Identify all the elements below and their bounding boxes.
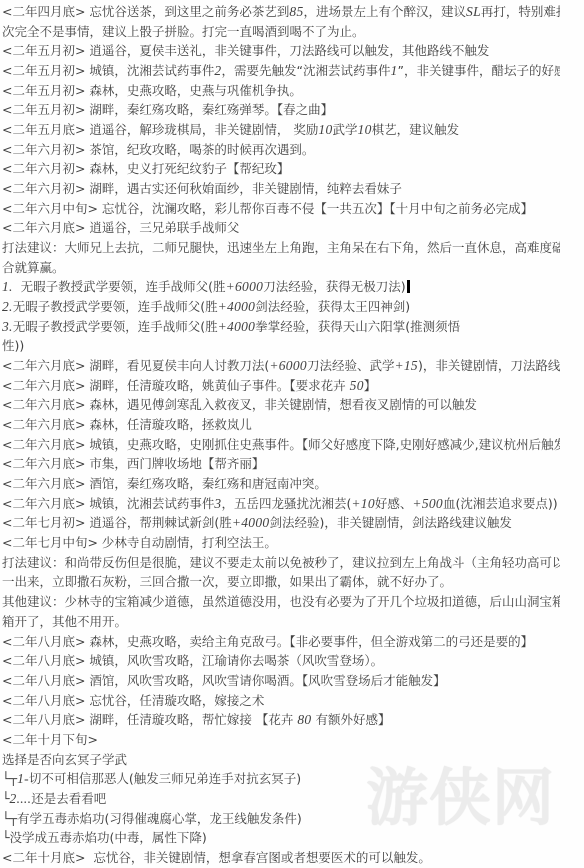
text-line: <二年六月中旬> 忘忧谷，沈澜攻略，彩儿帮你百毒不侵【一共五次】【十月中旬之前务… xyxy=(2,199,560,219)
text-line: 1. 无暇子教授武学要领，连手战师父(胜+6000刀法经验，获得无极刀法) xyxy=(2,277,560,297)
text-line: <二年六月底> 城镇，史燕攻略，史刚抓住史燕事件。【师父好感度下降,史刚好感减少… xyxy=(2,435,560,455)
text-line: 性)) xyxy=(2,336,560,356)
text-line: <二年六月底> 森林，遇见傅剑寒乱入救夜叉，非关键剧情，想看夜叉剧情的可以触发 xyxy=(2,395,560,415)
text-line: <二年六月初> 茶馆，纪玫攻略，喝茶的时候再次遇到。 xyxy=(2,140,560,160)
text-line: 其他建议：少林寺的宝箱减少道德，虽然道德没用，也没有必要为了开几个垃圾扣道德，后… xyxy=(2,592,560,612)
text-line: └┬有学五毒赤焰功(习得催魂腐心掌，龙王线触发条件) xyxy=(2,809,560,829)
text-line: <二年七月中旬> 少林寺自动剧情，打利空法王。 xyxy=(2,533,560,553)
latin-text: 1- xyxy=(17,771,29,786)
latin-text: +6000 xyxy=(269,358,307,373)
document-page: 游侠网 <二年四月底> 忘忧谷送茶，到这里之前务必茶艺到85，进场景左上有个醉汉… xyxy=(0,0,584,868)
text-line: 次完全不是事情，建议上骰子拼脸。打完一直喝酒到喝不了为止。 xyxy=(2,22,560,42)
text-line: 3.无暇子教授武学要领，连手战师父(胜+4000拳掌经验，获得天山六阳掌(推测须… xyxy=(2,317,560,337)
text-line: <二年八月底> 城镇，风吹雪攻略，江瑜请你去喝茶（风吹雪登场）。 xyxy=(2,651,560,671)
latin-text: 2.... xyxy=(10,791,32,806)
latin-text: 1 xyxy=(390,63,397,78)
text-line: 打法建议：大师兄上去抗，二师兄腿快，迅速坐左上角跑，主角呆在右下角，然后一直休息… xyxy=(2,238,560,258)
latin-text: +4000 xyxy=(218,299,256,314)
text-line: <二年五月初> 逍遥谷，夏侯丰送礼，非关键事件，刀法路线可以触发，其他路线不触发 xyxy=(2,41,560,61)
text-line: └2....还是去看看吧 xyxy=(2,789,560,809)
text-line: <二年八月底> 森林，史燕攻略，卖给主角克敌弓。【非必要事件，但全游戏第二的弓还… xyxy=(2,632,560,652)
text-line: 一出来，立即撒石灰粉，三回合撒一次，要立即撒，如果出了霸体，就不好办了。 xyxy=(2,572,560,592)
latin-text: 10 xyxy=(318,122,332,137)
text-line: <二年六月底> 逍遥谷，三兄弟联手战师父 xyxy=(2,218,560,238)
latin-text: SL xyxy=(466,4,481,19)
text-line: <二年四月底> 忘忧谷送茶，到这里之前务必茶艺到85，进场景左上有个醉汉，建议S… xyxy=(2,2,560,22)
text-line: <二年六月底> 森林，任清璇攻略，拯救岚儿 xyxy=(2,415,560,435)
latin-text: 2. xyxy=(2,299,13,314)
text-line: <二年五月初> 湖畔，秦红殇攻略，秦红殇弹琴。【春之曲】 xyxy=(2,100,560,120)
latin-text: 2 xyxy=(214,63,221,78)
latin-text: 3. xyxy=(2,319,13,334)
text-line: └┬1-切不可相信那恶人(触发三师兄弟连手对抗玄冥子) xyxy=(2,769,560,789)
text-line: <二年七月初> 逍遥谷，帮荆棘试新剑(胜+4000剑法经验)，非关键剧情，剑法路… xyxy=(2,513,560,533)
latin-text: 85 xyxy=(289,4,303,19)
text-line: <二年八月底> 酒馆，风吹雪攻略，风吹雪请你喝酒。【风吹雪登场后才能触发】 xyxy=(2,671,560,691)
text-line: 选择是否向玄冥子学武 xyxy=(2,750,560,770)
latin-text: 50 xyxy=(350,378,364,393)
latin-text: +4000 xyxy=(232,515,270,530)
latin-text: 3 xyxy=(214,496,221,511)
text-line: <二年六月底> 市集，西门牌收场地【帮齐丽】 xyxy=(2,454,560,474)
text-line: <二年八月底> 湖畔，任清璇攻略，帮忙嫁接 【花卉 80 有额外好感】 xyxy=(2,710,560,730)
text-line: <二年六月底> 城镇，沈湘芸试药事件3，五岳四龙骚扰沈湘芸(+10好感、+500… xyxy=(2,494,560,514)
text-line: └没学成五毒赤焰功(中毒，属性下降) xyxy=(2,828,560,848)
text-line: 箱开了，其他不用开。 xyxy=(2,612,560,632)
text-line: 打法建议：和尚带反伤但是很脆，建议不要走太前以免被秒了，建议拉到左上角战斗（主角… xyxy=(2,553,560,573)
text-line: <二年十月下旬> xyxy=(2,730,560,750)
text-cursor xyxy=(407,280,410,293)
latin-text: +10 xyxy=(351,496,375,511)
text-line: 2.无暇子教授武学要领，连手战师父(胜+4000剑法经验，获得太王四神剑) xyxy=(2,297,560,317)
text-line: <二年六月底> 湖畔，看见夏侯丰向人讨教刀法(+6000刀法经验、武学+15)，… xyxy=(2,356,560,376)
text-line: <二年六月初> 森林，史义打死纪纹豹子【帮纪玫】 xyxy=(2,159,560,179)
text-line: <二年六月底> 湖畔，任清璇攻略，姚黄仙子事件。【要求花卉 50】 xyxy=(2,376,560,396)
latin-text: 10 xyxy=(358,122,372,137)
latin-text: +500 xyxy=(412,496,443,511)
text-line: <二年六月底> 酒馆，秦红殇攻略，秦红殇和唐冠南冲突。 xyxy=(2,474,560,494)
text-line: <二年五月底> 逍遥谷，解珍珑棋局，非关键剧情， 奖励10武学10棋艺，建议触发 xyxy=(2,120,560,140)
latin-text: +6000 xyxy=(226,279,264,294)
text-line: <二年六月初> 湖畔，遇古实还何秋姢面纱，非关键剧情，纯粹去看妹子 xyxy=(2,179,560,199)
latin-text: +4000 xyxy=(218,319,256,334)
document-body: <二年四月底> 忘忧谷送茶，到这里之前务必茶艺到85，进场景左上有个醉汉，建议S… xyxy=(0,0,584,868)
latin-text: 1. xyxy=(2,279,13,294)
text-line: <二年十月底> 忘忧谷，非关键剧情，想拿春宫图或者想要医术的可以触发。 xyxy=(2,848,560,868)
latin-text: +15 xyxy=(394,358,418,373)
text-line: <二年八月底> 忘忧谷，任清璇攻略，嫁接之术 xyxy=(2,691,560,711)
text-line: <二年五月初> 城镇，沈湘芸试药事件2，需要先触发“沈湘芸试药事件1”，非关键事… xyxy=(2,61,560,81)
text-line: <二年五月初> 森林，史燕攻略，史燕与巩傕机争执。 xyxy=(2,81,560,101)
latin-text: 80 xyxy=(297,712,311,727)
text-line: 合就算赢。 xyxy=(2,258,560,278)
